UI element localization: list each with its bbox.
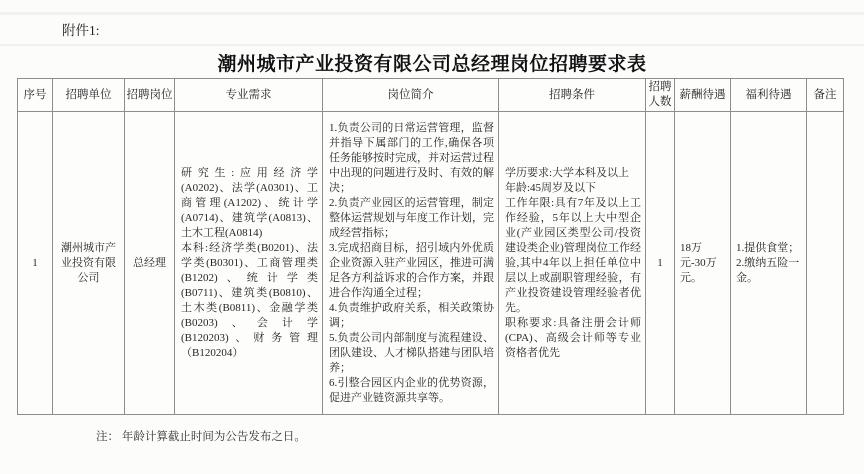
col-header-salary: 薪酬待遇 — [675, 79, 731, 112]
footnote: 注： 年龄计算截止时间为公告发布之日。 — [96, 428, 306, 444]
cell-benefits: 1.提供食堂； 2.缴纳五险一金。 — [731, 112, 807, 415]
col-header-unit: 招聘单位 — [53, 79, 125, 112]
cell-seq: 1 — [18, 112, 53, 415]
cell-remarks — [807, 112, 844, 415]
cell-conditions: 学历要求:大学本科及以上 年龄:45周岁及以下 工作年限:具有7年及以上工作经验… — [499, 112, 646, 415]
cell-job-description: 1.负责公司的日常运营管理，监督并指导下属部门的工作,确保各项任务能够按时完成，… — [323, 112, 499, 415]
cell-headcount: 1 — [646, 112, 675, 415]
col-header-benefits: 福利待遇 — [731, 79, 807, 112]
scan-artifact-top — [0, 12, 864, 15]
col-header-seq: 序号 — [18, 79, 53, 112]
scanned-document-page: { "page": { "attachment_label": "附件1:", … — [0, 0, 864, 474]
col-header-remarks: 备注 — [807, 79, 844, 112]
col-header-position: 招聘岗位 — [125, 79, 175, 112]
col-header-conditions: 招聘条件 — [499, 79, 646, 112]
col-header-major-requirements: 专业需求 — [175, 79, 323, 112]
cell-position: 总经理 — [125, 112, 175, 415]
cell-major-requirements: 研究生:应用经济学(A0202)、法学(A0301)、工商管理(A1202)、统… — [175, 112, 323, 415]
recruitment-requirements-table: 序号 招聘单位 招聘岗位 专业需求 岗位简介 招聘条件 招聘人数 薪酬待遇 福利… — [17, 78, 844, 415]
attachment-label: 附件1: — [62, 19, 100, 39]
page-title: 潮州城市产业投资有限公司总经理岗位招聘要求表 — [0, 49, 864, 76]
col-header-headcount: 招聘人数 — [646, 79, 675, 112]
scan-artifact-upper — [0, 44, 864, 46]
cell-salary: 18万元-30万元。 — [675, 112, 731, 415]
cell-unit: 潮州城市产业投资有限公司 — [53, 112, 125, 415]
table-header-row: 序号 招聘单位 招聘岗位 专业需求 岗位简介 招聘条件 招聘人数 薪酬待遇 福利… — [18, 79, 844, 112]
table-row: 1 潮州城市产业投资有限公司 总经理 研究生:应用经济学(A0202)、法学(A… — [18, 112, 844, 415]
col-header-job-description: 岗位简介 — [323, 79, 499, 112]
